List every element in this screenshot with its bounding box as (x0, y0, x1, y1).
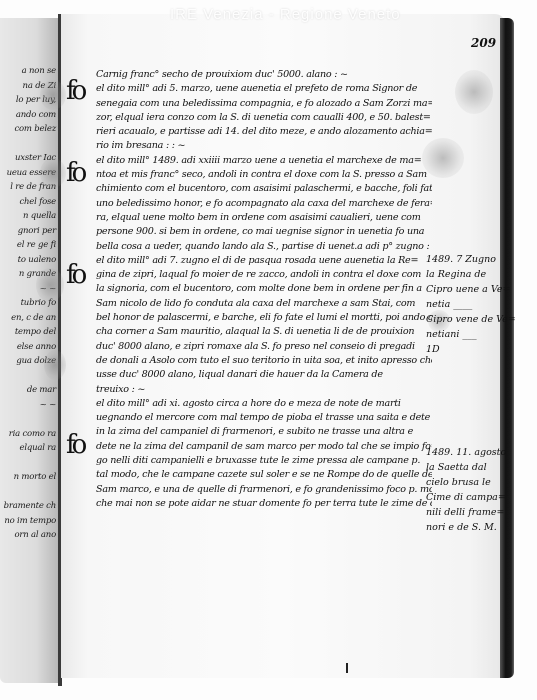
margin-note-line: 1489. 7 Zugno (426, 252, 498, 267)
stain-left-4 (44, 350, 66, 380)
manuscript-line: rieri acaualo, e partisse adi 14. del di… (96, 125, 432, 139)
left-page-line: orn al ano (14, 530, 56, 540)
left-page-line: el re ge fi (17, 240, 56, 250)
manuscript-line: el dito mill° adi xi. agosto circa a hor… (96, 397, 432, 411)
stain-left-3 (36, 268, 64, 302)
left-page-line: en, c de an (11, 313, 56, 323)
paragraph-mark-icon: fo (66, 78, 83, 104)
manuscript-line: treuixo : ~ (96, 383, 432, 397)
left-page-line: a non se (22, 66, 56, 76)
stain-top-right (455, 70, 493, 114)
manuscript-line: tal modo, che le campane cazete sul sole… (96, 468, 432, 482)
manuscript-line: el dito mill° adi 5. marzo, uene aueneti… (96, 82, 432, 96)
left-page-line: n morto el (14, 472, 56, 482)
manuscript-line: el dito mill° adi 7. zugno el di de pasq… (96, 254, 432, 268)
left-page-line: n quella (23, 211, 56, 221)
paragraph-mark-icon: fo (66, 432, 83, 458)
stain-left-2 (40, 158, 66, 188)
left-page-line: to ualeno (18, 255, 56, 265)
manuscript-line: in la zima del campaniel di frarmenori, … (96, 425, 432, 439)
manuscript-line: duc' 8000 alano, e zipri romaxe ala S. f… (96, 340, 432, 354)
manuscript-line: bel honor de palascermi, e barche, eli f… (96, 311, 432, 325)
manuscript-paragraph: el dito mill° adi xi. agosto circa a hor… (96, 397, 432, 511)
manuscript-line: usse duc' 8000 alano, liqual danari die … (96, 368, 432, 382)
manuscript-paragraph: el dito mill° adi 7. zugno el di de pasq… (96, 254, 432, 397)
left-page-line: ando com (16, 110, 56, 120)
manuscript-line: Carnig franc° secho de prouixiom duc' 50… (96, 68, 432, 82)
manuscript-line: cha corner a Sam mauritio, alaqual la S.… (96, 325, 432, 339)
manuscript-line: Sam marco, e una de quelle di frarmenori… (96, 483, 432, 497)
left-page-line: gnori per (18, 226, 56, 236)
manuscript-line: de donali a Asolo com tuto el suo terito… (96, 354, 432, 368)
left-page-line: com belez (14, 124, 56, 134)
folio-number: 209 (471, 36, 496, 50)
manuscript-line: rio im bresana : : ~ (96, 139, 432, 153)
manuscript-text-block: Carnig franc° secho de prouixiom duc' 50… (96, 68, 432, 511)
left-page-line: no im tempo (4, 516, 56, 526)
manuscript-line: uegnando el mercore com mal tempo de pio… (96, 411, 432, 425)
bottom-page-mark (346, 663, 348, 673)
margin-note-line: netiani ___ (426, 327, 498, 342)
manuscript-line: che mai non se pote aidar ne stuar domen… (96, 497, 432, 511)
manuscript-line: el dito mill° 1489. adi xxiiii marzo uen… (96, 154, 432, 168)
stain-left-1 (40, 80, 66, 110)
manuscript-line: dete ne la zima del campanil de sam marc… (96, 440, 432, 454)
paragraph-mark-icon: fo (66, 160, 83, 186)
margin-note-line: 1D (426, 342, 498, 357)
manuscript-line: gina de zipri, laqual fo moier de re zac… (96, 268, 432, 282)
margin-note-line: nili delli frame= (426, 505, 498, 520)
manuscript-line: ntoa et mis franc° seco, andoli in contr… (96, 168, 432, 182)
manuscript-paragraph: Carnig franc° secho de prouixiom duc' 50… (96, 68, 432, 154)
manuscript-line: go nelli diti campanielli e bruxasse tut… (96, 454, 432, 468)
margin-note-line: Cipro vene de Ve= (426, 312, 498, 327)
margin-note-line: 1489. 11. agosto (426, 445, 498, 460)
manuscript-line: persone 900. si bem in ordene, co mai ue… (96, 225, 432, 239)
left-page-line: bramente ch (4, 501, 56, 511)
manuscript-line: uno beledissimo honor, e fo acompagnato … (96, 197, 432, 211)
watermark: IRE Venezia - Regione Veneto (170, 6, 470, 23)
left-page-line: tempo del (15, 327, 56, 337)
left-page-line: de mar (27, 385, 56, 395)
manuscript-line: bella cosa a ueder, quando lando ala S.,… (96, 240, 432, 254)
margin-note-saetta: 1489. 11. agostola Saetta dalcielo brusa… (426, 445, 498, 535)
manuscript-line: ra, elqual uene molto bem in ordene com … (96, 211, 432, 225)
manuscript-paragraph: el dito mill° 1489. adi xxiiii marzo uen… (96, 154, 432, 254)
margin-note-line: Cipro uene a Ve= (426, 282, 498, 297)
manuscript-line: Sam nicolo de lido fo conduta ala caxa d… (96, 297, 432, 311)
left-page-line: elqual ra (20, 443, 56, 453)
paragraph-mark-icon: fo (66, 262, 83, 288)
margin-note-line: cielo brusa le (426, 475, 498, 490)
margin-note-line: la Saetta dal (426, 460, 498, 475)
page-edge-binding (500, 18, 514, 678)
manuscript-line: la signoria, com el bucentoro, com molte… (96, 282, 432, 296)
left-page-line: chel fose (19, 197, 56, 207)
manuscript-line: zor, elqual iera conzo com la S. di uene… (96, 111, 432, 125)
left-page-line: ~ ~ (40, 400, 56, 410)
manuscript-line: senegaia com una beledissima compagnia, … (96, 97, 432, 111)
left-page-line: ria como ra (9, 429, 56, 439)
manuscript-line: chimiento com el bucentoro, com asaisimi… (96, 182, 432, 196)
margin-note-line: Cime di campa= (426, 490, 498, 505)
margin-note-line: netia ____ (426, 297, 498, 312)
margin-note-regina-cipro: 1489. 7 Zugnola Regina deCipro uene a Ve… (426, 252, 498, 357)
margin-note-line: la Regina de (426, 267, 498, 282)
margin-note-line: nori e de S. M. (426, 520, 498, 535)
